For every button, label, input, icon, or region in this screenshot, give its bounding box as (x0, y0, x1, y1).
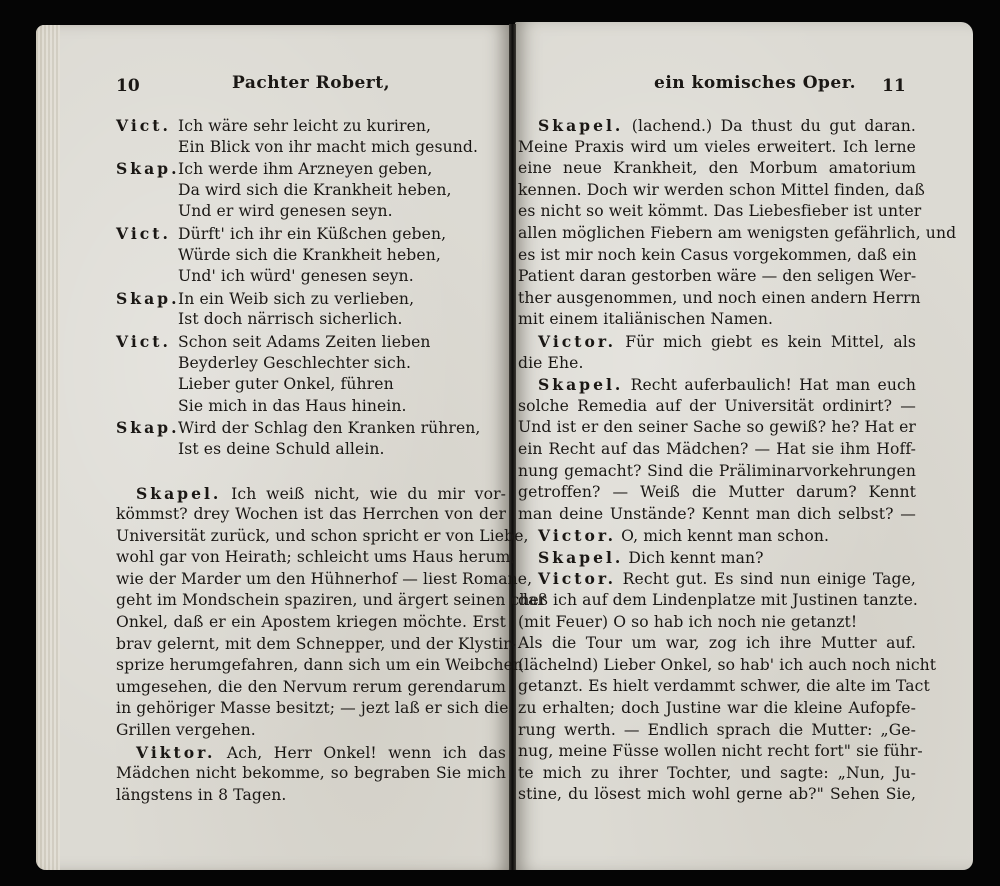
prose-line: (lächelnd) Lieber Onkel, so hab' ich auc… (518, 655, 916, 677)
speaker-label: Skapel. (538, 548, 623, 567)
verse-line: Vict.Ich wäre sehr leicht zu kuriren, (116, 115, 506, 137)
prose-block: Victor. Für mich giebt es kein Mittel, a… (518, 331, 916, 374)
prose-block: Victor. O, mich kennt man schon. (518, 525, 916, 547)
prose-line: es nicht so weit kömmt. Das Liebesfieber… (518, 201, 916, 223)
prose-line: längstens in 8 Tagen. (116, 785, 506, 807)
prose-line: solche Remedia auf der Universität ordin… (518, 396, 916, 418)
prose-line: umgesehen, die den Nervum rerum gerendar… (116, 677, 506, 699)
verse-text: Beyderley Geschlechter sich. (178, 354, 411, 372)
prose-line: Onkel, daß er ein Apostem kriegen möchte… (116, 612, 506, 634)
page-number-right: 11 (882, 76, 906, 96)
prose-text: O, mich kennt man schon. (621, 527, 829, 545)
verse-block: Vict.Ich wäre sehr leicht zu kuriren, Ei… (116, 115, 506, 461)
prose-text: Recht auferbaulich! Hat man euch (631, 376, 916, 394)
prose-block-viktor: Viktor. Ach, Herr Onkel! wenn ich das Mä… (116, 742, 506, 807)
prose-block: Skapel. (lachend.) Da thust du gut daran… (518, 115, 916, 331)
prose-line: te mich zu ihrer Tochter, und sagte: „Nu… (518, 763, 916, 785)
verse-text: Ist es deine Schuld allein. (178, 440, 385, 458)
speaker-label: Vict. (116, 331, 178, 353)
verse-line: Skap.Wird der Schlag den Kranken rühren, (116, 417, 506, 439)
prose-line: allen möglichen Fiebern am wenigsten gef… (518, 223, 916, 245)
prose-line: in gehöriger Masse besitzt; — jezt laß e… (116, 698, 506, 720)
verse-line: Ein Blick von ihr macht mich gesund. (116, 137, 506, 159)
prose-line: mit einem italiänischen Namen. (518, 309, 916, 331)
prose-line: Victor. Für mich giebt es kein Mittel, a… (518, 331, 916, 353)
verse-line: Würde sich die Krankheit heben, (116, 245, 506, 267)
verse-text: Ist doch närrisch sicherlich. (178, 310, 403, 328)
verse-text: Da wird sich die Krankheit heben, (178, 181, 452, 199)
right-page-text: Skapel. (lachend.) Da thust du gut daran… (518, 115, 916, 806)
speaker-label: Skapel. (538, 375, 623, 394)
running-header-left: Pachter Robert, (232, 73, 390, 103)
prose-line: getanzt. Es hielt verdammt schwer, die a… (518, 676, 916, 698)
speaker-label: Skap. (116, 417, 178, 439)
prose-line: nung gemacht? Sind die Präliminarvorkehr… (518, 461, 916, 483)
speaker-label: Skapel. (136, 484, 221, 503)
prose-block: Victor. Recht gut. Es sind nun einige Ta… (518, 568, 916, 806)
speaker-label: Victor. (538, 332, 616, 351)
prose-text: Dich kennt man? (628, 549, 763, 567)
prose-text: Ich weiß nicht, wie du mir vor- (231, 485, 506, 503)
verse-text: Sie mich in das Haus hinein. (178, 397, 407, 415)
prose-line: Victor. Recht gut. Es sind nun einige Ta… (518, 568, 916, 590)
verse-text: Dürft' ich ihr ein Küßchen geben, (178, 225, 446, 243)
verse-line: Skap.Ich werde ihm Arzneyen geben, (116, 158, 506, 180)
speaker-label: Victor. (538, 526, 616, 545)
prose-line: die Ehe. (518, 353, 916, 375)
prose-line: Patient daran gestorben wäre — den selig… (518, 266, 916, 288)
verse-text: In ein Weib sich zu verlieben, (178, 290, 414, 308)
prose-text: Ach, Herr Onkel! wenn ich das (227, 744, 506, 762)
speaker-label: Skap. (116, 158, 178, 180)
verse-text: Schon seit Adams Zeiten lieben (178, 333, 431, 351)
verse-text: Würde sich die Krankheit heben, (178, 246, 441, 264)
speaker-label: Skapel. (538, 116, 623, 135)
prose-line: man deine Unstände? Kennt man dich selbs… (518, 504, 916, 526)
prose-block-skapel: Skapel. Ich weiß nicht, wie du mir vor- … (116, 483, 506, 742)
prose-block: Skapel. Recht auferbaulich! Hat man euch… (518, 374, 916, 525)
verse-text: Und' ich würd' genesen seyn. (178, 267, 414, 285)
verse-text: Ein Blick von ihr macht mich gesund. (178, 138, 478, 156)
verse-line: Sie mich in das Haus hinein. (116, 396, 506, 418)
prose-line: Mädchen nicht bekomme, so begraben Sie m… (116, 763, 506, 785)
verse-line: Und' ich würd' genesen seyn. (116, 266, 506, 288)
prose-line: kennen. Doch wir werden schon Mittel fin… (518, 180, 916, 202)
speaker-label: Victor. (538, 569, 616, 588)
page-number-left: 10 (116, 76, 140, 96)
prose-line: ther ausgenommen, und noch einen andern … (518, 288, 916, 310)
prose-line: ein Recht auf das Mädchen? — Hat sie ihm… (518, 439, 916, 461)
prose-line: (mit Feuer) O so hab ich noch nie getanz… (518, 612, 916, 634)
verse-text: Und er wird genesen seyn. (178, 202, 393, 220)
verse-line: Ist doch närrisch sicherlich. (116, 309, 506, 331)
verse-line: Und er wird genesen seyn. (116, 201, 506, 223)
verse-line: Vict.Dürft' ich ihr ein Küßchen geben, (116, 223, 506, 245)
verse-line: Vict.Schon seit Adams Zeiten lieben (116, 331, 506, 353)
prose-line: Skapel. Ich weiß nicht, wie du mir vor- (116, 483, 506, 505)
verse-line: Beyderley Geschlechter sich. (116, 353, 506, 375)
prose-line: zu erhalten; doch Justine war die kleine… (518, 698, 916, 720)
prose-line: daß ich auf dem Lindenplatze mit Justine… (518, 590, 916, 612)
prose-line: Skapel. Dich kennt man? (518, 547, 916, 569)
prose-block: Skapel. Dich kennt man? (518, 547, 916, 569)
prose-line: wie der Marder um den Hühnerhof — liest … (116, 569, 506, 591)
running-header-right: ein komisches Oper. (654, 73, 856, 103)
prose-text: Für mich giebt es kein Mittel, als (625, 333, 916, 351)
prose-line: Meine Praxis wird um vieles erweitert. I… (518, 137, 916, 159)
prose-line: es ist mir noch kein Casus vorgekommen, … (518, 245, 916, 267)
verse-text: Ich wäre sehr leicht zu kuriren, (178, 117, 431, 135)
prose-line: nug, meine Füsse wollen nicht recht fort… (518, 741, 916, 763)
prose-line: Skapel. (lachend.) Da thust du gut daran… (518, 115, 916, 137)
speaker-label: Vict. (116, 223, 178, 245)
prose-line: wohl gar von Heirath; schleicht ums Haus… (116, 547, 506, 569)
prose-line: sprize herumgefahren, dann sich um ein W… (116, 655, 506, 677)
verse-line: Da wird sich die Krankheit heben, (116, 180, 506, 202)
verse-text: Ich werde ihm Arzneyen geben, (178, 160, 432, 178)
book-gutter (509, 24, 516, 870)
prose-line: Skapel. Recht auferbaulich! Hat man euch (518, 374, 916, 396)
verse-text: Lieber guter Onkel, führen (178, 375, 394, 393)
prose-text: Recht gut. Es sind nun einige Tage, (623, 570, 916, 588)
prose-line: geht im Mondschein spaziren, und ärgert … (116, 590, 506, 612)
speaker-label: Viktor. (136, 743, 215, 762)
verse-line: Skap.In ein Weib sich zu verlieben, (116, 288, 506, 310)
prose-line: brav gelernt, mit dem Schnepper, und der… (116, 634, 506, 656)
prose-line: Grillen vergehen. (116, 720, 506, 742)
prose-line: getroffen? — Weiß die Mutter darum? Kenn… (518, 482, 916, 504)
prose-line: rung werth. — Endlich sprach die Mutter:… (518, 720, 916, 742)
prose-line: Und ist er den seiner Sache so gewiß? he… (518, 417, 916, 439)
verse-line: Lieber guter Onkel, führen (116, 374, 506, 396)
prose-line: eine neue Krankheit, den Morbum amatoriu… (518, 158, 916, 180)
prose-line: Viktor. Ach, Herr Onkel! wenn ich das (116, 742, 506, 764)
prose-line: kömmst? drey Wochen ist das Herrchen von… (116, 504, 506, 526)
verse-text: Wird der Schlag den Kranken rühren, (178, 419, 481, 437)
speaker-label: Skap. (116, 288, 178, 310)
prose-line: Victor. O, mich kennt man schon. (518, 525, 916, 547)
left-page-text: Vict.Ich wäre sehr leicht zu kuriren, Ei… (116, 115, 506, 806)
speaker-label: Vict. (116, 115, 178, 137)
prose-line: stine, du lösest mich wohl gerne ab?" Se… (518, 784, 916, 806)
verse-line: Ist es deine Schuld allein. (116, 439, 506, 461)
prose-text: (lachend.) Da thust du gut daran. (632, 117, 916, 135)
prose-line: Als die Tour um war, zog ich ihre Mutter… (518, 633, 916, 655)
prose-line: Universität zurück, und schon spricht er… (116, 526, 506, 548)
